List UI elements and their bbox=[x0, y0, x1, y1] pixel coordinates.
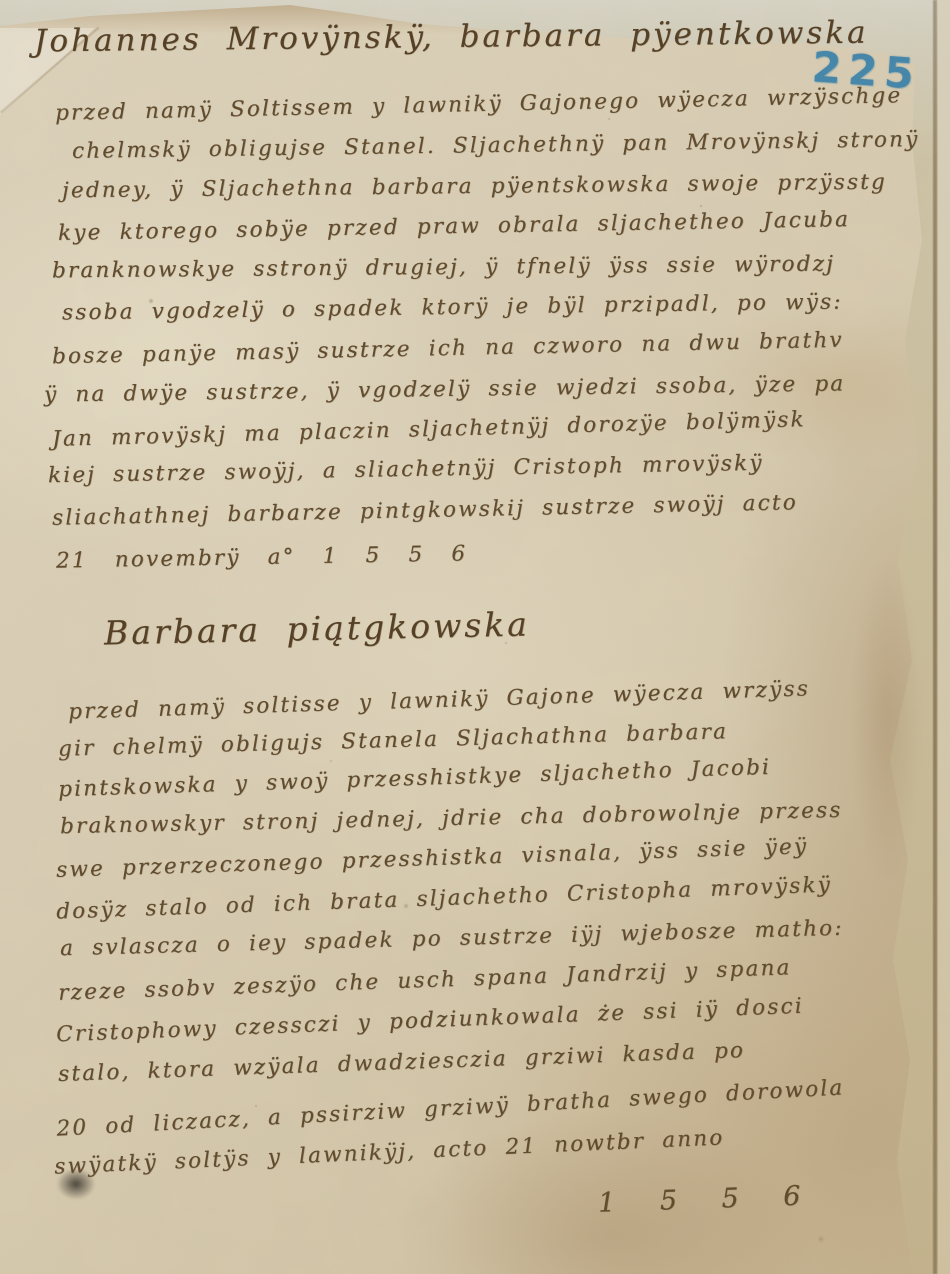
entry2-year: 1 5 5 6 bbox=[598, 1182, 815, 1217]
water-stain bbox=[852, 560, 922, 880]
archival-page-number: 225 bbox=[811, 46, 922, 95]
entry2-heading: Barbara piątgkowska bbox=[104, 608, 531, 650]
entry1-heading: Johannes Mrovÿnskÿ, barbara pÿentkowska bbox=[34, 18, 869, 58]
manuscript-scan: Johannes Mrovÿnskÿ, barbara pÿentkowska … bbox=[0, 0, 950, 1274]
paper-specks bbox=[0, 0, 2, 2]
book-gutter-crease bbox=[933, 0, 937, 1274]
book-gutter-edge bbox=[938, 0, 950, 1274]
